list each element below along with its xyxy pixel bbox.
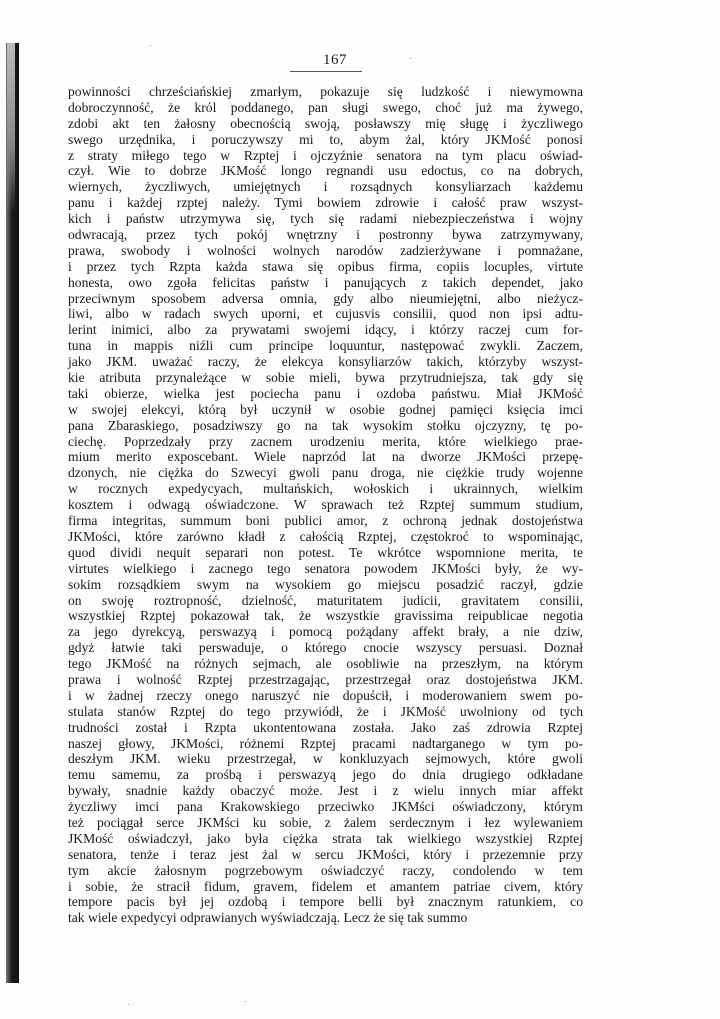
text-line-content: stulata stanów Rzptej do tego przywiódł,… [68,704,583,720]
text-line-content: swego urzędnika, i poruczywszy mi to, ab… [68,132,583,148]
text-line-content: gdyż łatwie taki perswaduje, o którego c… [68,640,583,656]
text-line-content: trudności został i Rzpta ukontentowana z… [68,720,583,736]
text-line-content: zdobi akt ten żałosny obecnością swoją, … [68,116,583,132]
text-line-content: tuna in mappis niźli cum principe loquun… [68,338,583,354]
text-line: taki obierze, wielka jest pociecha panu … [68,386,583,402]
text-line-content: w swojej elekcyi, którą był uczynił w os… [68,402,583,418]
text-line-content: panu i każdej rzptej należy. Tymi bowiem… [68,195,583,211]
paper-speck [245,1001,246,1002]
text-line: też pociągał serce JKMści ku sobie, z ża… [68,815,583,831]
text-line: JKMości, które zarówno kładł z całością … [68,529,583,545]
text-line: przeciwnym sposobem adversa omnia, gdy a… [68,291,583,307]
text-line-content: firma integritas, summum boni publici am… [68,513,583,529]
text-line-content: sokim rozsądkiem swym na wysokiem go mie… [68,577,583,593]
text-line: i w żadnej rzeczy onego naruszyć nie dop… [68,688,583,704]
text-line: gdyż łatwie taki perswaduje, o którego c… [68,640,583,656]
text-line: deszłym JKM. wieku przestrzegał, w konkl… [68,751,583,767]
text-line: wszystkiej Rzptej pokazował tak, że wszy… [68,608,583,624]
paper-speck [150,45,151,46]
text-line-content: on swoję roztropność, dzielność, maturit… [68,593,583,609]
text-line-content: za jego dyrekcyą, perswazyą i pomocą poż… [68,624,583,640]
text-line-content: ciechę. Poprzedzały przy zacnem urodzeni… [68,434,583,450]
text-line-content: kie atributa przynależące w sobie mieli,… [68,370,583,386]
text-line-content: odwracają, przez tych pokój wnętrzny i p… [68,227,583,243]
text-line-content: tym akcie żałosnym pogrzebowym oświadczy… [68,863,583,879]
text-line-content: też pociągał serce JKMści ku sobie, z ża… [68,815,583,831]
text-line-content: dzonych, nie ciężka do Szwecyi gwoli pan… [68,465,583,481]
text-line: sokim rozsądkiem swym na wysokiem go mie… [68,577,583,593]
text-line-content: wiernych, życzliwych, umiejętnych i rozs… [68,179,583,195]
text-line-content: tempore pacis był jej ozdobą i tempore b… [68,894,583,910]
paper-speck [395,915,396,916]
text-line: senatora, tenże i teraz jest żal w sercu… [68,847,583,863]
binding-highlight [7,43,15,213]
text-line: z straty miłego tego w Rzptej i ojczyźni… [68,148,583,164]
text-line: kich i państw utrzymywa się, tych się ra… [68,211,583,227]
text-line: i przez tych Rzpta każda stawa się opibu… [68,259,583,275]
text-line: dzonych, nie ciężka do Szwecyi gwoli pan… [68,465,583,481]
text-line: ciechę. Poprzedzały przy zacnem urodzeni… [68,434,583,450]
text-line: odwracają, przez tych pokój wnętrzny i p… [68,227,583,243]
text-line: liwi, albo w radach swych uporni, et cuj… [68,306,583,322]
text-line-content: liwi, albo w radach swych uporni, et cuj… [68,306,583,322]
text-line-content: jako JKM. uważać raczy, że elekcya konsy… [68,354,583,370]
paper-speck [128,1004,129,1005]
text-line: virtutes wielkiego i zacnego tego senato… [68,561,583,577]
text-line: kosztem i odwagą oświadczone. W sprawach… [68,497,583,513]
text-line: dobroczynność, że król poddanego, pan sł… [68,100,583,116]
text-line-content: quod dividi nequit separari non potest. … [68,545,583,561]
text-line: mium merito exposcebant. Wiele naprzód l… [68,449,583,465]
text-line: on swoję roztropność, dzielność, maturit… [68,593,583,609]
text-line: quod dividi nequit separari non potest. … [68,545,583,561]
paper-speck [410,58,411,59]
text-line-content: naszej głowy, JKMości, różnemi Rzptej pr… [68,736,583,752]
text-line-content: taki obierze, wielka jest pociecha panu … [68,386,583,402]
text-line: kie atributa przynależące w sobie mieli,… [68,370,583,386]
text-line-content: kich i państw utrzymywa się, tych się ra… [68,211,583,227]
text-line: prawa i wolność Rzptej przestrzagając, p… [68,672,583,688]
text-line: stulata stanów Rzptej do tego przywiódł,… [68,704,583,720]
text-line-content: honesta, owo zgoła felicitas państw i pa… [68,275,583,291]
text-line: tym akcie żałosnym pogrzebowym oświadczy… [68,863,583,879]
text-line-content: w rocznych expedycyach, multańskich, woł… [68,481,583,497]
text-line: za jego dyrekcyą, perswazyą i pomocą poż… [68,624,583,640]
text-line: życzliwy imci pana Krakowskiego przeciwk… [68,799,583,815]
text-line: zdobi akt ten żałosny obecnością swoją, … [68,116,583,132]
text-line: honesta, owo zgoła felicitas państw i pa… [68,275,583,291]
text-line: czył. Wie to dobrze JKMość longo regnand… [68,163,583,179]
text-line: panu i każdej rzptej należy. Tymi bowiem… [68,195,583,211]
page-number-rule [290,71,362,72]
text-line-content: temu samemu, za prośbą i perswazyą jego … [68,767,583,783]
text-line: w rocznych expedycyach, multańskich, woł… [68,481,583,497]
page-number: 167 [310,52,360,69]
text-line: wiernych, życzliwych, umiejętnych i rozs… [68,179,583,195]
text-line-content: i w żadnej rzeczy onego naruszyć nie dop… [68,688,583,704]
text-line-content: JKMości, które zarówno kładł z całością … [68,529,583,545]
text-line: powinności chrześciańskiej zmarłym, poka… [68,84,583,100]
text-line-content: pana Zbaraskiego, posadziwszy go na tak … [68,418,583,434]
text-line: lerint inimici, albo za prywatami swojem… [68,322,583,338]
text-line: pana Zbaraskiego, posadziwszy go na tak … [68,418,583,434]
text-line: prawa, swobody i wolności wolnych narodó… [68,243,583,259]
text-line-content: kosztem i odwagą oświadczone. W sprawach… [68,497,583,513]
text-line-content: dobroczynność, że król poddanego, pan sł… [68,100,583,116]
text-line-content: JKMość oświadczył, jako była ciężka stra… [68,831,583,847]
text-line: tuna in mappis niźli cum principe loquun… [68,338,583,354]
text-line: swego urzędnika, i poruczywszy mi to, ab… [68,132,583,148]
text-line-content: przeciwnym sposobem adversa omnia, gdy a… [68,291,583,307]
text-line: bywały, snadnie każdy obaczyć może. Jest… [68,783,583,799]
text-line-content: tego JKMość na różnych sejmach, ale osob… [68,656,583,672]
text-line: temu samemu, za prośbą i perswazyą jego … [68,767,583,783]
text-line-content: tak wiele expedycyi odprawianych wyświad… [68,910,583,926]
text-line-content: i przez tych Rzpta każda stawa się opibu… [68,259,583,275]
text-line: firma integritas, summum boni publici am… [68,513,583,529]
text-line-content: prawa, swobody i wolności wolnych narodó… [68,243,583,259]
text-line-content: senatora, tenże i teraz jest żal w sercu… [68,847,583,863]
body-text: powinności chrześciańskiej zmarłym, poka… [68,84,583,926]
paper-speck [160,912,161,913]
text-line-content: mium merito exposcebant. Wiele naprzód l… [68,449,583,465]
text-line: trudności został i Rzpta ukontentowana z… [68,720,583,736]
text-line-content: czył. Wie to dobrze JKMość longo regnand… [68,163,583,179]
text-line: tego JKMość na różnych sejmach, ale osob… [68,656,583,672]
text-line-content: deszłym JKM. wieku przestrzegał, w konkl… [68,751,583,767]
text-line: naszej głowy, JKMości, różnemi Rzptej pr… [68,736,583,752]
text-line-content: życzliwy imci pana Krakowskiego przeciwk… [68,799,583,815]
text-line: w swojej elekcyi, którą był uczynił w os… [68,402,583,418]
text-line-content: i sobie, że stracił fidum, gravem, fidel… [68,879,583,895]
text-line-content: powinności chrześciańskiej zmarłym, poka… [68,84,583,100]
text-line-content: prawa i wolność Rzptej przestrzagając, p… [68,672,583,688]
text-line-content: virtutes wielkiego i zacnego tego senato… [68,561,583,577]
text-line: tak wiele expedycyi odprawianych wyświad… [68,910,583,926]
text-line-content: wszystkiej Rzptej pokazował tak, że wszy… [68,608,583,624]
text-line: tempore pacis był jej ozdobą i tempore b… [68,894,583,910]
text-line-content: lerint inimici, albo za prywatami swojem… [68,322,583,338]
text-line: JKMość oświadczył, jako była ciężka stra… [68,831,583,847]
text-line-content: z straty miłego tego w Rzptej i ojczyźni… [68,148,583,164]
text-line-content: bywały, snadnie każdy obaczyć może. Jest… [68,783,583,799]
text-line: i sobie, że stracił fidum, gravem, fidel… [68,879,583,895]
text-line: jako JKM. uważać raczy, że elekcya konsy… [68,354,583,370]
